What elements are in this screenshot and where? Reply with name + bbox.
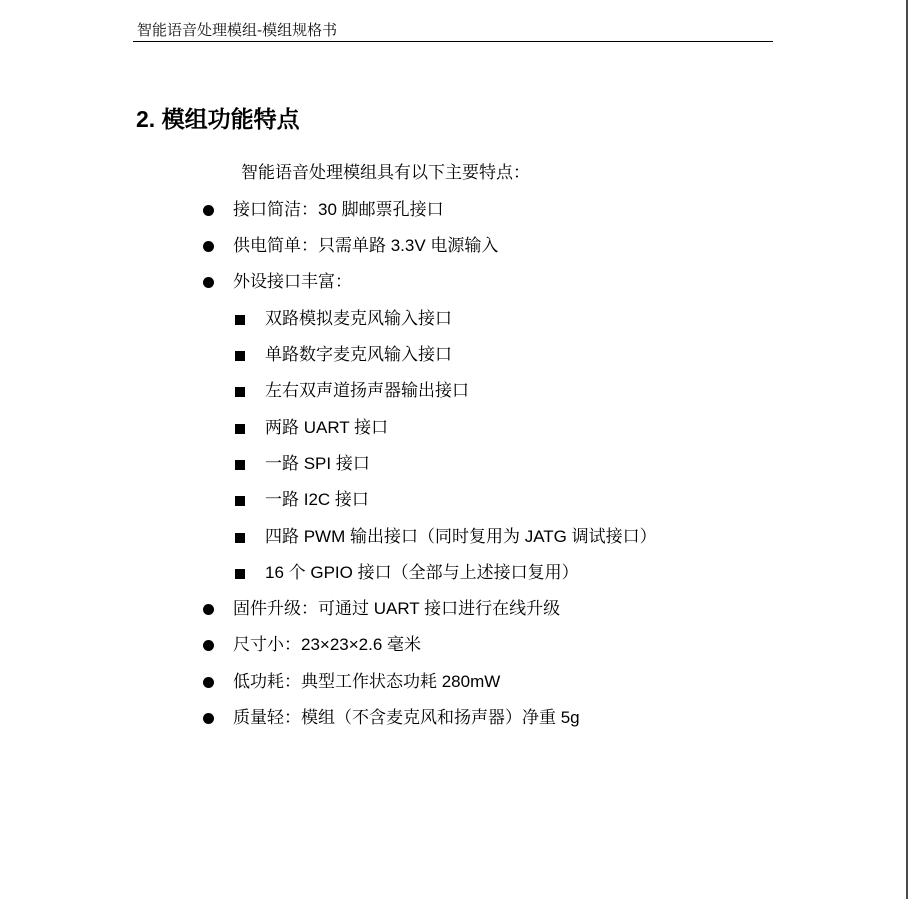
circle-bullet-icon: [203, 604, 214, 615]
square-bullet-icon: [235, 569, 245, 579]
sub-feature-text: 单路数字麦克风输入接口: [265, 345, 452, 364]
circle-bullet-icon: [203, 277, 214, 288]
feature-text: 固件升级：可通过 UART 接口进行在线升级: [233, 599, 560, 618]
feature-item: 固件升级：可通过 UART 接口进行在线升级: [233, 597, 560, 621]
sub-feature-item: 单路数字麦克风输入接口: [265, 343, 452, 367]
square-bullet-icon: [235, 387, 245, 397]
feature-item: 尺寸小：23×23×2.6 毫米: [233, 633, 421, 657]
section-title: 2. 模组功能特点: [136, 104, 300, 134]
sub-feature-text: 一路 SPI 接口: [265, 454, 370, 473]
sub-feature-item: 四路 PWM 输出接口（同时复用为 JATG 调试接口）: [265, 525, 657, 549]
feature-item: 质量轻：模组（不含麦克风和扬声器）净重 5g: [233, 706, 580, 730]
section-intro: 智能语音处理模组具有以下主要特点：: [241, 161, 530, 185]
feature-text: 外设接口丰富：: [233, 272, 352, 291]
square-bullet-icon: [235, 496, 245, 506]
header-rule: [133, 41, 773, 42]
circle-bullet-icon: [203, 713, 214, 724]
feature-item: 供电简单：只需单路 3.3V 电源输入: [233, 234, 498, 258]
square-bullet-icon: [235, 424, 245, 434]
sub-feature-text: 两路 UART 接口: [265, 418, 388, 437]
feature-text: 尺寸小：23×23×2.6 毫米: [233, 635, 421, 654]
sub-feature-item: 两路 UART 接口: [265, 416, 388, 440]
square-bullet-icon: [235, 460, 245, 470]
sub-feature-text: 双路模拟麦克风输入接口: [265, 309, 452, 328]
sub-feature-item: 一路 I2C 接口: [265, 488, 369, 512]
feature-text: 供电简单：只需单路 3.3V 电源输入: [233, 236, 498, 255]
feature-text: 质量轻：模组（不含麦克风和扬声器）净重 5g: [233, 708, 580, 727]
circle-bullet-icon: [203, 677, 214, 688]
feature-text: 低功耗：典型工作状态功耗 280mW: [233, 672, 500, 691]
square-bullet-icon: [235, 351, 245, 361]
running-header: 智能语音处理模组-模组规格书: [137, 20, 337, 40]
sub-feature-text: 16 个 GPIO 接口（全部与上述接口复用）: [265, 563, 579, 582]
feature-item: 低功耗：典型工作状态功耗 280mW: [233, 670, 500, 694]
square-bullet-icon: [235, 533, 245, 543]
sub-feature-text: 一路 I2C 接口: [265, 490, 369, 509]
sub-feature-item: 双路模拟麦克风输入接口: [265, 307, 452, 331]
sub-feature-item: 16 个 GPIO 接口（全部与上述接口复用）: [265, 561, 579, 585]
circle-bullet-icon: [203, 640, 214, 651]
circle-bullet-icon: [203, 241, 214, 252]
circle-bullet-icon: [203, 205, 214, 216]
feature-item: 外设接口丰富：: [233, 270, 352, 294]
feature-item: 接口简洁：30 脚邮票孔接口: [233, 198, 444, 222]
sub-feature-text: 四路 PWM 输出接口（同时复用为 JATG 调试接口）: [265, 527, 657, 546]
sub-feature-text: 左右双声道扬声器输出接口: [265, 381, 469, 400]
square-bullet-icon: [235, 315, 245, 325]
sub-feature-item: 一路 SPI 接口: [265, 452, 370, 476]
feature-text: 接口简洁：30 脚邮票孔接口: [233, 200, 444, 219]
sub-feature-item: 左右双声道扬声器输出接口: [265, 379, 469, 403]
